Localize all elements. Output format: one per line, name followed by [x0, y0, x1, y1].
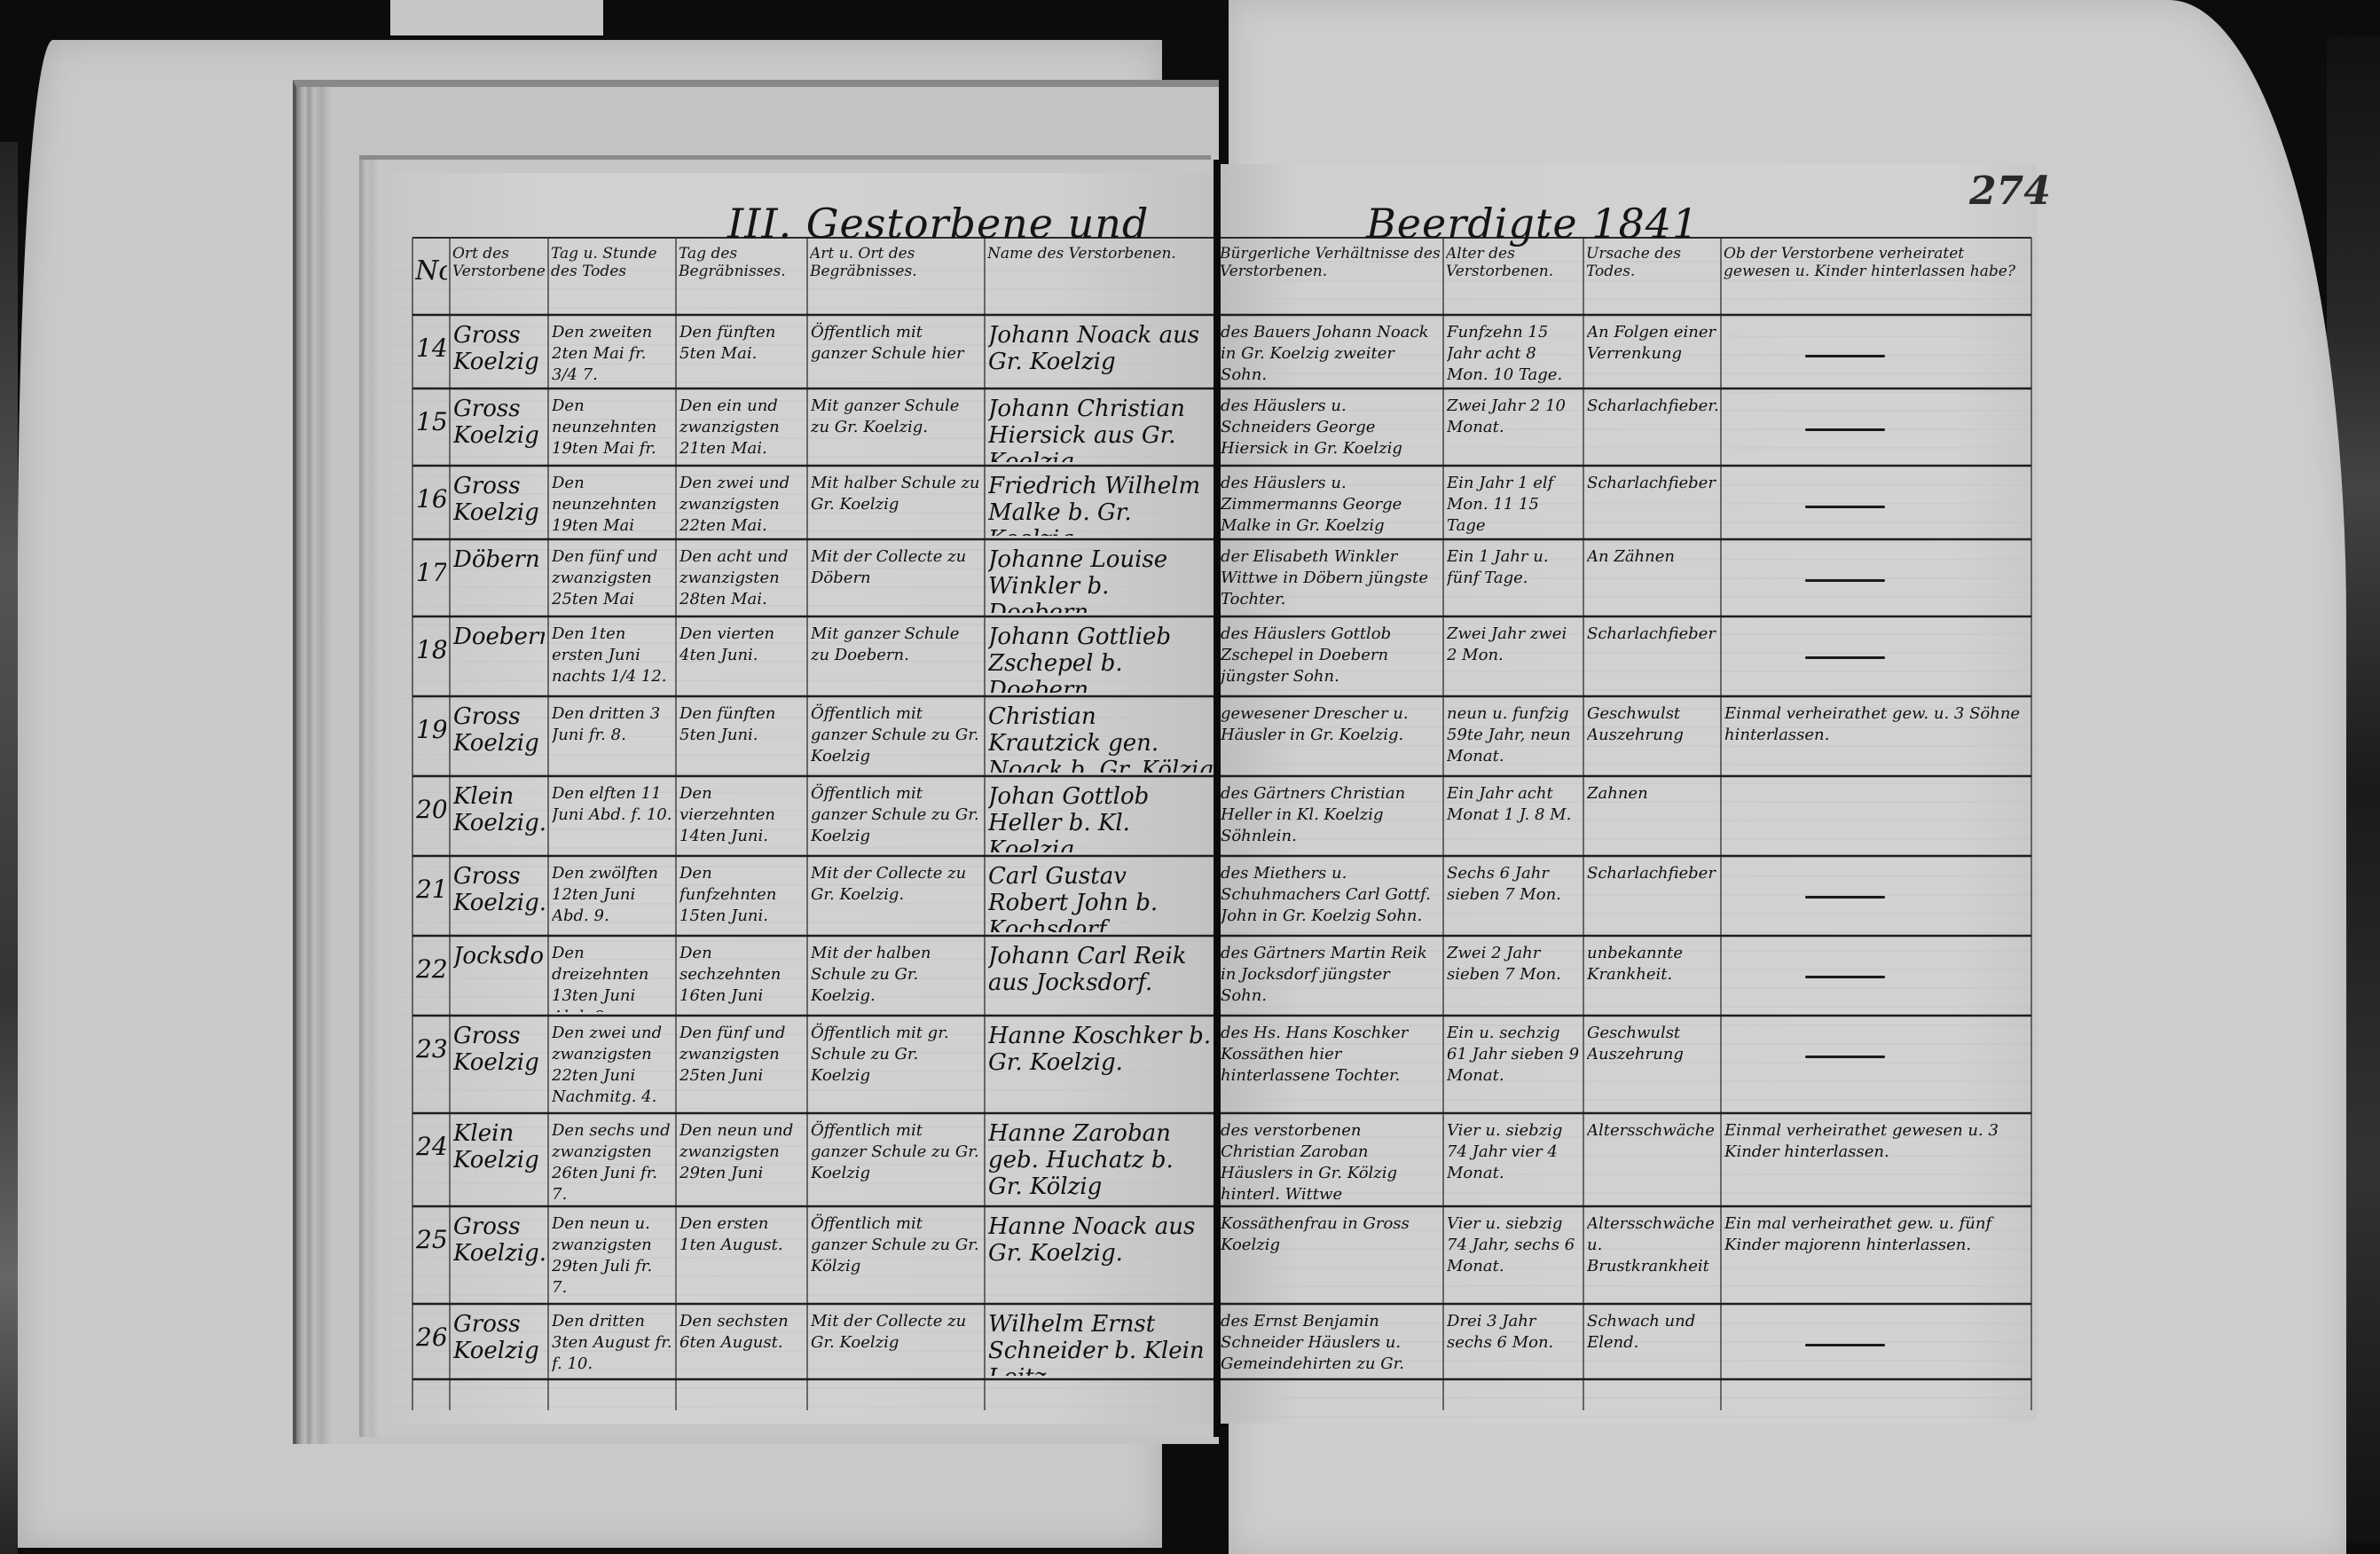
entry-cause: Geschwulst Auszehrung [1587, 1023, 1717, 1110]
entry-name: Johann Christian Hiersick aus Gr. Koelzi… [988, 396, 1214, 462]
entry-relation: des Häuslers Gottlob Zschepel in Doebern… [1221, 624, 1440, 693]
entry-burial-type: Öffentlich mit ganzer Schule hier [811, 322, 981, 385]
entry-name: Johanne Louise Winkler b. Doebern [988, 546, 1214, 613]
entry-burial: Den acht und zwanzigsten 28ten Mai. [679, 546, 804, 613]
entry-burial: Den vierten 4ten Juni. [679, 624, 804, 693]
entry-burial-type: Öffentlich mit ganzer Schule zu Gr. Koel… [811, 1120, 981, 1203]
empty-remark-dash [1805, 355, 1885, 357]
entry-burial-type: Mit der Collecte zu Döbern [811, 546, 981, 613]
entry-no: 22 [416, 943, 446, 1012]
entry-burial-type: Öffentlich mit ganzer Schule zu Gr. Koel… [811, 783, 981, 852]
entry-death: Den elften 11 Juni Abd. f. 10. [552, 783, 672, 852]
entry-burial-type: Mit ganzer Schule zu Gr. Koelzig. [811, 396, 981, 462]
book-spine [1214, 160, 1221, 1437]
entry-death: Den dritten 3 Juni fr. 8. [552, 703, 672, 773]
page-title-left: III. Gestorbene und [727, 200, 1149, 247]
entry-burial: Den ein und zwanzigsten 21ten Mai. [679, 396, 804, 462]
entry-relation: des Hs. Hans Koschker Kossäthen hier hin… [1221, 1023, 1440, 1110]
entry-cause: An Zähnen [1587, 546, 1717, 613]
entry-place: Gross Koelzig. [453, 1213, 545, 1300]
column-header-death: Tag u. Stunde des Todes [551, 245, 673, 313]
page-number: 274 [1969, 169, 2051, 214]
entry-relation: des Miethers u. Schuhmachers Carl Gottf.… [1221, 863, 1440, 932]
entry-cause: Scharlachfieber [1587, 863, 1717, 932]
entry-no: 21. [416, 863, 446, 932]
entry-relation: des Gärtners Martin Reik in Jocksdorf jü… [1221, 943, 1440, 1012]
entry-name: Johann Gottlieb Zschepel b. Doebern [988, 624, 1214, 693]
entry-burial-type: Mit ganzer Schule zu Doebern. [811, 624, 981, 693]
entry-no: 14 [416, 322, 446, 385]
entry-burial-type: Öffentlich mit ganzer Schule zu Gr. Kölz… [811, 1213, 981, 1300]
entry-age: Sechs 6 Jahr sieben 7 Mon. [1447, 863, 1580, 932]
entry-place: Klein Koelzig [453, 1120, 545, 1203]
entry-burial-type: Mit halber Schule zu Gr. Koelzig [811, 473, 981, 536]
entry-name: Wilhelm Ernst Schneider b. Klein Loitz. [988, 1311, 1214, 1376]
entry-place: Gross Koelzig [453, 1023, 545, 1110]
entry-burial: Den funfzehnten 15ten Juni. [679, 863, 804, 932]
entry-death: Den fünf und zwanzigsten 25ten Mai Abds.… [552, 546, 672, 613]
entry-burial: Den zwei und zwanzigsten 22ten Mai. [679, 473, 804, 536]
column-header-relation: Bürgerliche Verhältnisse des Verstorbene… [1220, 245, 1441, 313]
entry-burial-type: Mit der halben Schule zu Gr. Koelzig. [811, 943, 981, 1012]
entry-death: Den zwölften 12ten Juni Abd. 9. [552, 863, 672, 932]
entry-age: Zwei Jahr zwei 2 Mon. [1447, 624, 1580, 693]
entry-age: Ein Jahr acht Monat 1 J. 8 M. [1447, 783, 1580, 852]
entry-place: Klein Koelzig. [453, 783, 545, 852]
entry-burial: Den sechzehnten 16ten Juni [679, 943, 804, 1012]
column-header-burial: Tag des Begräbnisses. [679, 245, 805, 313]
column-header-age: Alter des Verstorbenen. [1446, 245, 1581, 313]
entry-place: Jocksdorf [453, 943, 545, 1012]
entry-cause: Schwach und Elend. [1587, 1311, 1717, 1376]
entry-name: Hanne Koschker b. Gr. Koelzig. [988, 1023, 1214, 1110]
entry-place: Döbern [453, 546, 545, 613]
entry-remarks: Einmal verheirathet gewesen u. 3 Kinder … [1724, 1120, 2028, 1203]
entry-cause: Altersschwäche u. Brustkrankheit [1587, 1213, 1717, 1300]
entry-burial: Den vierzehnten 14ten Juni. [679, 783, 804, 852]
entry-burial: Den fünften 5ten Juni. [679, 703, 804, 773]
entry-age: Ein u. sechzig 61 Jahr sieben 9 Monat. [1447, 1023, 1580, 1110]
background-left [0, 142, 18, 1554]
entry-burial: Den ersten 1ten August. [679, 1213, 804, 1300]
entry-burial-type: Mit der Collecte zu Gr. Koelzig. [811, 863, 981, 932]
entry-place: Gross Koelzig [453, 1311, 545, 1376]
entry-burial-type: Mit der Collecte zu Gr. Koelzig [811, 1311, 981, 1376]
entry-no: 18 [416, 624, 446, 693]
empty-remark-dash [1805, 428, 1885, 431]
empty-remark-dash [1805, 976, 1885, 978]
entry-relation: des Häuslers u. Schneiders George Hiersi… [1221, 396, 1440, 462]
entry-burial: Den fünf und zwanzigsten 25ten Juni [679, 1023, 804, 1110]
entry-remarks: Ein mal verheirathet gew. u. fünf Kinder… [1724, 1213, 2028, 1300]
entry-no: 17. [416, 546, 446, 613]
entry-name: Hanne Noack aus Gr. Koelzig. [988, 1213, 1214, 1300]
entry-death: Den sechs und zwanzigsten 26ten Juni fr.… [552, 1120, 672, 1203]
column-header-remarks: Ob der Verstorbene verheiratet gewesen u… [1724, 245, 2029, 313]
entry-cause: Scharlachfieber [1587, 473, 1717, 536]
entry-death: Den dritten 3ten August fr. f. 10. [552, 1311, 672, 1376]
entry-age: Ein 1 Jahr u. fünf Tage. [1447, 546, 1580, 613]
entry-place: Gross Koelzig [453, 396, 545, 462]
entry-no: 25 [416, 1213, 446, 1300]
entry-remarks: Einmal verheirathet gew. u. 3 Söhne hint… [1724, 703, 2028, 773]
entry-cause: Zahnen [1587, 783, 1717, 852]
column-header-place: Ort des Verstorbenen. [452, 245, 546, 313]
entry-place: Gross Koelzig [453, 703, 545, 773]
entry-cause: unbekannte Krankheit. [1587, 943, 1717, 1012]
empty-remark-dash [1805, 1056, 1885, 1058]
entry-relation: des Häuslers u. Zimmermanns George Malke… [1221, 473, 1440, 536]
entry-name: Johan Gottlob Heller b. Kl. Koelzig. [988, 783, 1214, 852]
entry-no: 15. [416, 396, 446, 462]
entry-cause: An Folgen einer Verrenkung [1587, 322, 1717, 385]
entry-name: Friedrich Wilhelm Malke b. Gr. Koelzig [988, 473, 1214, 536]
entry-death: Den dreizehnten 13ten Juni Abd. 8. [552, 943, 672, 1012]
entry-place: Gross Koelzig. [453, 863, 545, 932]
entry-name: Johann Carl Reik aus Jocksdorf. [988, 943, 1214, 1012]
entry-relation: des Bauers Johann Noack in Gr. Koelzig z… [1221, 322, 1440, 385]
entry-burial: Den neun und zwanzigsten 29ten Juni [679, 1120, 804, 1203]
entry-name: Hanne Zaroban geb. Huchatz b. Gr. Kölzig [988, 1120, 1214, 1203]
empty-remark-dash [1805, 896, 1885, 899]
entry-age: neun u. funfzig 59te Jahr, neun Monat. [1447, 703, 1580, 773]
entry-relation: des Gärtners Christian Heller in Kl. Koe… [1221, 783, 1440, 852]
entry-burial: Den fünften 5ten Mai. [679, 322, 804, 385]
entry-age: Vier u. siebzig 74 Jahr, sechs 6 Monat. [1447, 1213, 1580, 1300]
entry-place: Gross Koelzig [453, 322, 545, 385]
entry-death: Den zweiten 2ten Mai fr. 3/4 7. [552, 322, 672, 385]
backing-sheet-top [390, 0, 603, 35]
column-header-name: Name des Verstorbenen. [987, 245, 1214, 313]
page-title-right: Beerdigte 1841 [1366, 200, 1699, 247]
entry-cause: Scharlachfieber. [1587, 396, 1717, 462]
column-header-no: No [415, 245, 447, 313]
entry-no: 24. [416, 1120, 446, 1203]
entry-cause: Altersschwäche [1587, 1120, 1717, 1203]
entry-no: 19. [416, 703, 446, 773]
entry-relation: des verstorbenen Christian Zaroban Häusl… [1221, 1120, 1440, 1203]
entry-place: Gross Koelzig [453, 473, 545, 536]
entry-age: Drei 3 Jahr sechs 6 Mon. [1447, 1311, 1580, 1376]
column-header-cause: Ursache des Todes. [1586, 245, 1718, 313]
entry-no: 20 [416, 783, 446, 852]
entry-place: Doebern [453, 624, 545, 693]
entry-no: 23. [416, 1023, 446, 1110]
empty-remark-dash [1805, 1344, 1885, 1346]
entry-relation: Kossäthenfrau in Gross Koelzig [1221, 1213, 1440, 1300]
entry-age: Vier u. siebzig 74 Jahr vier 4 Monat. [1447, 1120, 1580, 1203]
entry-no: 16. [416, 473, 446, 536]
entry-cause: Geschwulst Auszehrung [1587, 703, 1717, 773]
entry-relation: des Ernst Benjamin Schneider Häuslers u.… [1221, 1311, 1440, 1376]
entry-cause: Scharlachfieber [1587, 624, 1717, 693]
entry-age: Zwei 2 Jahr sieben 7 Mon. [1447, 943, 1580, 1012]
entry-death: Den 1ten ersten Juni nachts 1/4 12. [552, 624, 672, 693]
entry-no: 26. [416, 1311, 446, 1376]
empty-remark-dash [1805, 506, 1885, 508]
entry-burial-type: Öffentlich mit ganzer Schule zu Gr. Koel… [811, 703, 981, 773]
entry-name: Carl Gustav Robert John b. Kochsdorf. [988, 863, 1214, 932]
entry-death: Den neun u. zwanzigsten 29ten Juli fr. 7… [552, 1213, 672, 1300]
entry-burial-type: Öffentlich mit gr. Schule zu Gr. Koelzig [811, 1023, 981, 1110]
entry-death: Den neunzehnten 19ten Mai Abd. 11. [552, 473, 672, 536]
column-header-burial-type: Art u. Ort des Begräbnisses. [810, 245, 982, 313]
empty-remark-dash [1805, 656, 1885, 659]
entry-relation: gewesener Drescher u. Häusler in Gr. Koe… [1221, 703, 1440, 773]
entry-death: Den zwei und zwanzigsten 22ten Juni Nach… [552, 1023, 672, 1110]
empty-remark-dash [1805, 579, 1885, 582]
entry-name: Christian Krautzick gen. Noack b. Gr. Kö… [988, 703, 1214, 773]
entry-relation: der Elisabeth Winkler Wittwe in Döbern j… [1221, 546, 1440, 613]
entry-burial: Den sechsten 6ten August. [679, 1311, 804, 1376]
entry-name: Johann Noack aus Gr. Koelzig [988, 322, 1214, 385]
entry-death: Den neunzehnten 19ten Mai fr. 3. [552, 396, 672, 462]
entry-age: Zwei Jahr 2 10 Monat. [1447, 396, 1580, 462]
entry-age: Funfzehn 15 Jahr acht 8 Mon. 10 Tage. [1447, 322, 1580, 385]
entry-age: Ein Jahr 1 elf Mon. 11 15 Tage [1447, 473, 1580, 536]
